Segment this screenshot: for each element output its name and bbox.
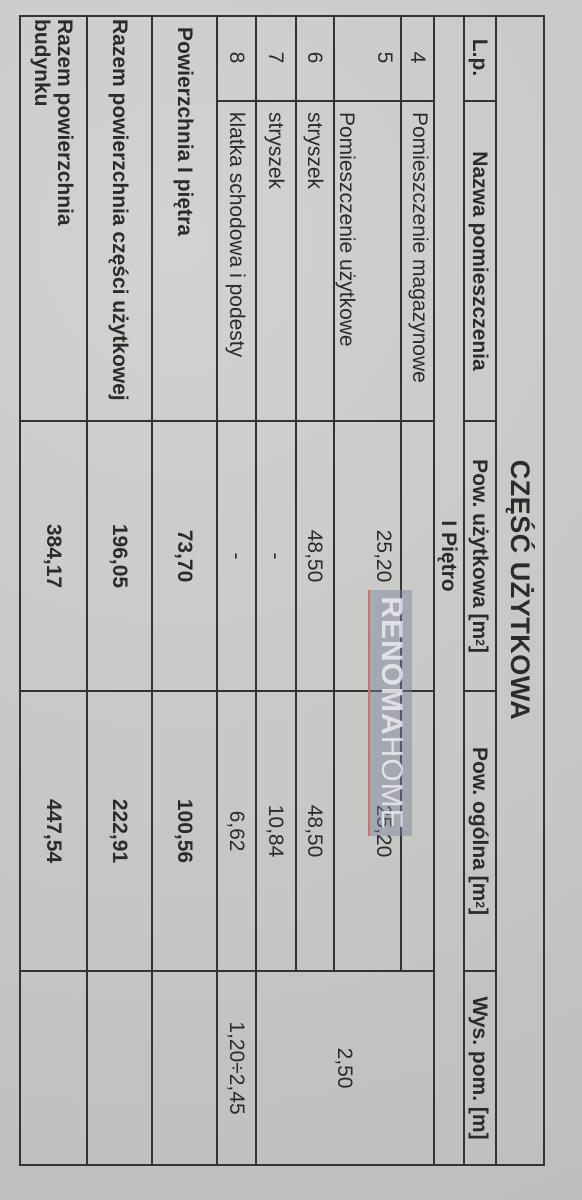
row-lp: 8 xyxy=(218,15,255,100)
row-lp: 7 xyxy=(257,15,295,100)
row-lp: 5 xyxy=(370,15,400,100)
row-lp: 6 xyxy=(297,15,333,100)
total-pow-uzytkowa: 73,70 xyxy=(153,422,216,690)
row-name: Pomieszczenie użytkowe xyxy=(333,102,382,412)
total-pow-uzytkowa: 384,17 xyxy=(21,422,86,690)
section-label: I Piętro xyxy=(435,422,463,690)
row-name: stryszek xyxy=(257,102,295,412)
total-pow-ogolna: 222,91 xyxy=(88,692,151,970)
row-pow-uzytkowa: 48,50 xyxy=(297,422,333,690)
row-pow-ogolna: 6,62 xyxy=(218,692,255,970)
row-pow-uzytkowa: - xyxy=(218,422,255,690)
total-pow-ogolna: 100,56 xyxy=(153,692,216,970)
header-name: Nazwa pomieszczenia xyxy=(465,102,495,420)
watermark-logo: RENOMAHOME xyxy=(368,590,412,836)
row-name: klatka schodowa i podesty xyxy=(218,102,255,420)
row-lp: 4 xyxy=(402,15,433,100)
total-pow-ogolna: 447,54 xyxy=(21,692,86,970)
total-label: Powierzchnia I piętra xyxy=(153,17,216,420)
height-rows-6-8: 1,20÷2,45 xyxy=(218,972,255,1164)
header-lp: L.p. xyxy=(465,15,495,100)
header-pow-ogolna: Pow. ogólna [m2] xyxy=(465,692,495,970)
area-table: CZĘŚĆ UŻYTKOWA L.p. Nazwa pomieszczenia … xyxy=(0,0,582,1200)
header-pow-uzytkowa: Pow. użytkowa [m2] xyxy=(465,422,495,690)
scanned-page: CZĘŚĆ UŻYTKOWA L.p. Nazwa pomieszczenia … xyxy=(0,0,582,1200)
row-pow-uzytkowa: - xyxy=(257,422,295,690)
total-label: Razem powierzchnia części użytkowej xyxy=(88,17,151,412)
header-wysokosc: Wys. pom. [m] xyxy=(465,972,495,1164)
row-pow-ogolna: 48,50 xyxy=(297,692,333,970)
total-pow-uzytkowa: 196,05 xyxy=(88,422,151,690)
row-name: stryszek xyxy=(297,102,333,412)
total-label: Razem powierzchnia budynku xyxy=(21,17,86,279)
row-pow-ogolna: 10,84 xyxy=(257,692,295,970)
height-rows-4-5: 2,50 xyxy=(257,972,433,1164)
table-title: CZĘŚĆ UŻYTKOWA xyxy=(497,15,543,1165)
